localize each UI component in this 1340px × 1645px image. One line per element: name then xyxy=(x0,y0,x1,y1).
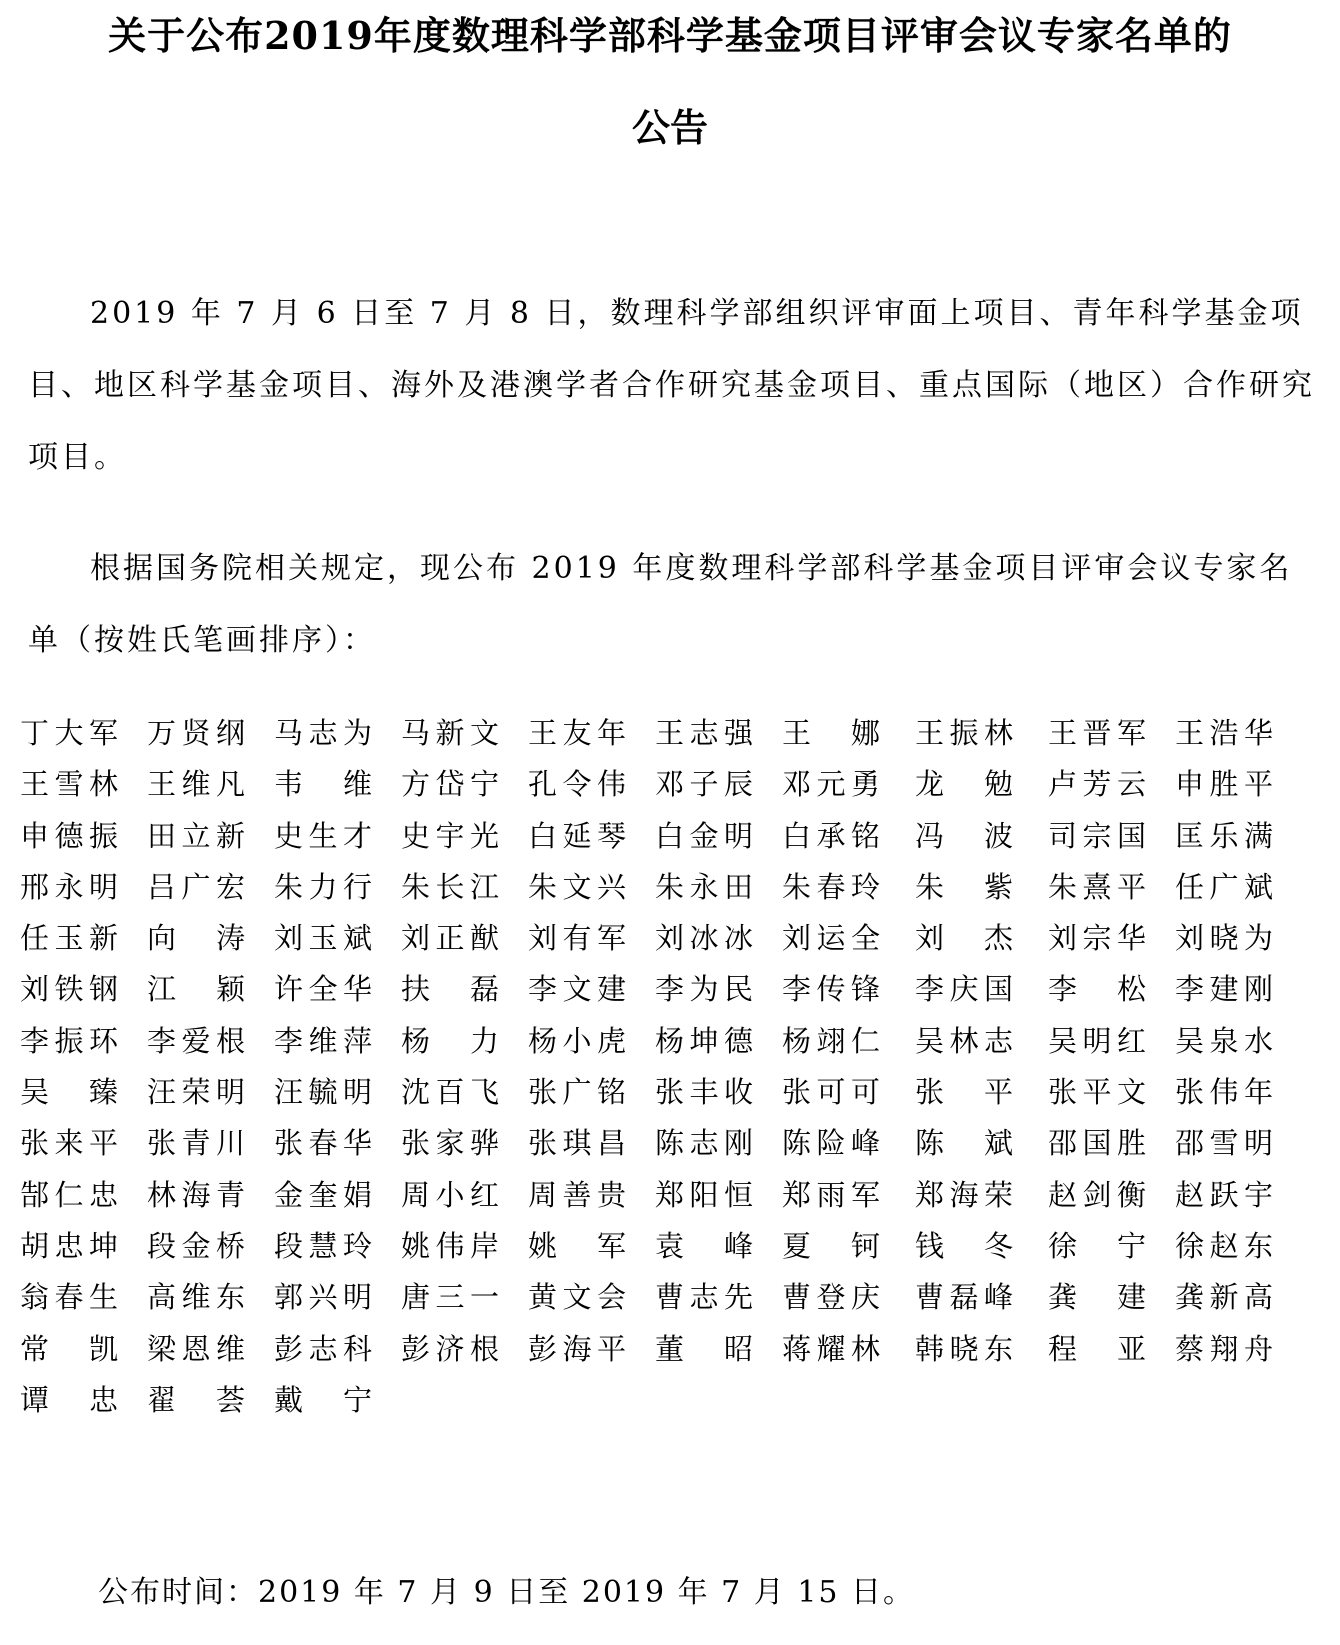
expert-name: 张丰收 xyxy=(655,1067,753,1118)
expert-name: 陈志刚 xyxy=(655,1118,753,1169)
expert-name: 张琪昌 xyxy=(528,1118,626,1169)
expert-name: 吴明红 xyxy=(1048,1016,1146,1067)
expert-name: 万贤纲 xyxy=(147,708,245,759)
expert-name: 朱文兴 xyxy=(528,862,626,913)
notice-title: 关于公布2019年度数理科学部科学基金项目评审会议专家名单的 xyxy=(0,8,1340,64)
expert-name: 张可可 xyxy=(782,1067,880,1118)
expert-name: 李松 xyxy=(1048,964,1146,1015)
expert-name: 陈险峰 xyxy=(782,1118,880,1169)
expert-name: 朱春玲 xyxy=(782,862,880,913)
expert-name: 吴泉水 xyxy=(1175,1016,1273,1067)
expert-name: 彭海平 xyxy=(528,1324,626,1375)
expert-name: 张来平 xyxy=(20,1118,118,1169)
expert-name: 蔡翔舟 xyxy=(1175,1324,1273,1375)
expert-name: 丁大军 xyxy=(20,708,118,759)
expert-name: 袁峰 xyxy=(655,1221,753,1272)
expert-name: 张青川 xyxy=(147,1118,245,1169)
expert-name: 张春华 xyxy=(274,1118,372,1169)
expert-name: 朱永田 xyxy=(655,862,753,913)
expert-name: 李传锋 xyxy=(782,964,880,1015)
expert-name: 姚军 xyxy=(528,1221,626,1272)
expert-name: 白承铭 xyxy=(782,811,880,862)
expert-name: 王晋军 xyxy=(1048,708,1146,759)
expert-name: 邵雪明 xyxy=(1175,1118,1273,1169)
expert-name: 龙勉 xyxy=(915,759,1013,810)
expert-name: 杨力 xyxy=(401,1016,499,1067)
expert-name: 申德振 xyxy=(20,811,118,862)
expert-name: 申胜平 xyxy=(1175,759,1273,810)
expert-name: 戴宁 xyxy=(274,1375,372,1426)
expert-name: 匡乐满 xyxy=(1175,811,1273,862)
expert-name: 彭志科 xyxy=(274,1324,372,1375)
expert-name: 刘晓为 xyxy=(1175,913,1273,964)
expert-name: 邓元勇 xyxy=(782,759,880,810)
expert-name: 郑海荣 xyxy=(915,1170,1013,1221)
expert-name: 张平 xyxy=(915,1067,1013,1118)
expert-name: 曹志先 xyxy=(655,1272,753,1323)
expert-name: 徐赵东 xyxy=(1175,1221,1273,1272)
expert-name: 杨翊仁 xyxy=(782,1016,880,1067)
expert-name: 王雪林 xyxy=(20,759,118,810)
expert-name: 任玉新 xyxy=(20,913,118,964)
expert-name: 吴林志 xyxy=(915,1016,1013,1067)
expert-name: 刘有军 xyxy=(528,913,626,964)
expert-name: 李爱根 xyxy=(147,1016,245,1067)
expert-name: 刘运全 xyxy=(782,913,880,964)
expert-name: 李维萍 xyxy=(274,1016,372,1067)
expert-name: 李庆国 xyxy=(915,964,1013,1015)
expert-name: 周小红 xyxy=(401,1170,499,1221)
expert-name: 高维东 xyxy=(147,1272,245,1323)
expert-name: 曹登庆 xyxy=(782,1272,880,1323)
expert-name: 江颖 xyxy=(147,964,245,1015)
expert-name: 史宇光 xyxy=(401,811,499,862)
expert-name: 向涛 xyxy=(147,913,245,964)
expert-name: 段慧玲 xyxy=(274,1221,372,1272)
announcement-paragraph: 根据国务院相关规定，现公布 2019 年度数理科学部科学基金项目评审会议专家名单… xyxy=(28,533,1318,677)
expert-name: 刘正猷 xyxy=(401,913,499,964)
expert-name: 韩晓东 xyxy=(915,1324,1013,1375)
expert-name: 朱紫 xyxy=(915,862,1013,913)
expert-name: 王维凡 xyxy=(147,759,245,810)
expert-name: 司宗国 xyxy=(1048,811,1146,862)
expert-name: 郑阳恒 xyxy=(655,1170,753,1221)
expert-name: 赵跃宇 xyxy=(1175,1170,1273,1221)
expert-name: 吕广宏 xyxy=(147,862,245,913)
publish-time: 公布时间：2019 年 7 月 9 日至 2019 年 7 月 15 日。 xyxy=(98,1568,915,1618)
announcement-paragraph-text: 根据国务院相关规定，现公布 2019 年度数理科学部科学基金项目评审会议专家名单… xyxy=(28,551,1292,658)
expert-name: 冯波 xyxy=(915,811,1013,862)
expert-name: 曹磊峰 xyxy=(915,1272,1013,1323)
intro-paragraph: 2019 年 7 月 6 日至 7 月 8 日，数理科学部组织评审面上项目、青年… xyxy=(28,278,1318,494)
expert-name: 谭忠 xyxy=(20,1375,118,1426)
expert-name: 林海青 xyxy=(147,1170,245,1221)
expert-name: 马志为 xyxy=(274,708,372,759)
expert-name: 夏钶 xyxy=(782,1221,880,1272)
expert-name: 张广铭 xyxy=(528,1067,626,1118)
expert-name: 李为民 xyxy=(655,964,753,1015)
expert-name: 邵国胜 xyxy=(1048,1118,1146,1169)
expert-name: 沈百飞 xyxy=(401,1067,499,1118)
expert-name: 邓子辰 xyxy=(655,759,753,810)
notice-subtitle: 公告 xyxy=(0,100,1340,156)
expert-name: 李振环 xyxy=(20,1016,118,1067)
expert-name: 刘宗华 xyxy=(1048,913,1146,964)
expert-name: 汪荣明 xyxy=(147,1067,245,1118)
expert-name: 王娜 xyxy=(782,708,880,759)
expert-name: 郜仁忠 xyxy=(20,1170,118,1221)
expert-name: 朱力行 xyxy=(274,862,372,913)
expert-name: 杨小虎 xyxy=(528,1016,626,1067)
expert-name: 郑雨军 xyxy=(782,1170,880,1221)
expert-name: 方岱宁 xyxy=(401,759,499,810)
expert-name: 韦维 xyxy=(274,759,372,810)
expert-name: 翟荟 xyxy=(147,1375,245,1426)
expert-name: 胡忠坤 xyxy=(20,1221,118,1272)
expert-name: 李文建 xyxy=(528,964,626,1015)
expert-name: 常凯 xyxy=(20,1324,118,1375)
expert-name: 刘冰冰 xyxy=(655,913,753,964)
expert-name: 刘杰 xyxy=(915,913,1013,964)
expert-name: 董昭 xyxy=(655,1324,753,1375)
expert-name: 唐三一 xyxy=(401,1272,499,1323)
expert-name: 吴臻 xyxy=(20,1067,118,1118)
expert-name: 李建刚 xyxy=(1175,964,1273,1015)
expert-name: 姚伟岸 xyxy=(401,1221,499,1272)
expert-name: 任广斌 xyxy=(1175,862,1273,913)
expert-name: 张家骅 xyxy=(401,1118,499,1169)
expert-name: 汪毓明 xyxy=(274,1067,372,1118)
expert-name: 黄文会 xyxy=(528,1272,626,1323)
expert-name: 王振林 xyxy=(915,708,1013,759)
expert-name: 邢永明 xyxy=(20,862,118,913)
expert-name: 龚新高 xyxy=(1175,1272,1273,1323)
expert-name: 金奎娟 xyxy=(274,1170,372,1221)
expert-name: 周善贵 xyxy=(528,1170,626,1221)
expert-name: 王志强 xyxy=(655,708,753,759)
expert-name: 段金桥 xyxy=(147,1221,245,1272)
expert-name: 张平文 xyxy=(1048,1067,1146,1118)
expert-name: 孔令伟 xyxy=(528,759,626,810)
expert-name: 龚建 xyxy=(1048,1272,1146,1323)
expert-name: 赵剑衡 xyxy=(1048,1170,1146,1221)
expert-name: 程亚 xyxy=(1048,1324,1146,1375)
expert-name: 许全华 xyxy=(274,964,372,1015)
expert-name: 钱冬 xyxy=(915,1221,1013,1272)
expert-name: 卢芳云 xyxy=(1048,759,1146,810)
intro-paragraph-text: 2019 年 7 月 6 日至 7 月 8 日，数理科学部组织评审面上项目、青年… xyxy=(28,296,1315,475)
expert-name: 蒋耀林 xyxy=(782,1324,880,1375)
expert-name: 朱熹平 xyxy=(1048,862,1146,913)
expert-name: 郭兴明 xyxy=(274,1272,372,1323)
expert-name: 扶磊 xyxy=(401,964,499,1015)
expert-name: 彭济根 xyxy=(401,1324,499,1375)
expert-name: 徐宁 xyxy=(1048,1221,1146,1272)
expert-name: 王友年 xyxy=(528,708,626,759)
expert-name: 白金明 xyxy=(655,811,753,862)
expert-name: 白延琴 xyxy=(528,811,626,862)
expert-name: 杨坤德 xyxy=(655,1016,753,1067)
expert-name: 梁恩维 xyxy=(147,1324,245,1375)
expert-name: 陈斌 xyxy=(915,1118,1013,1169)
expert-name: 翁春生 xyxy=(20,1272,118,1323)
expert-name: 朱长江 xyxy=(401,862,499,913)
expert-name: 史生才 xyxy=(274,811,372,862)
expert-name-list: 丁大军万贤纲马志为马新文王友年王志强王娜王振林王晋军王浩华王雪林王维凡韦维方岱宁… xyxy=(20,708,1340,1426)
expert-name: 张伟年 xyxy=(1175,1067,1273,1118)
expert-name: 马新文 xyxy=(401,708,499,759)
expert-name: 刘铁钢 xyxy=(20,964,118,1015)
expert-name: 王浩华 xyxy=(1175,708,1273,759)
expert-name: 刘玉斌 xyxy=(274,913,372,964)
expert-name: 田立新 xyxy=(147,811,245,862)
